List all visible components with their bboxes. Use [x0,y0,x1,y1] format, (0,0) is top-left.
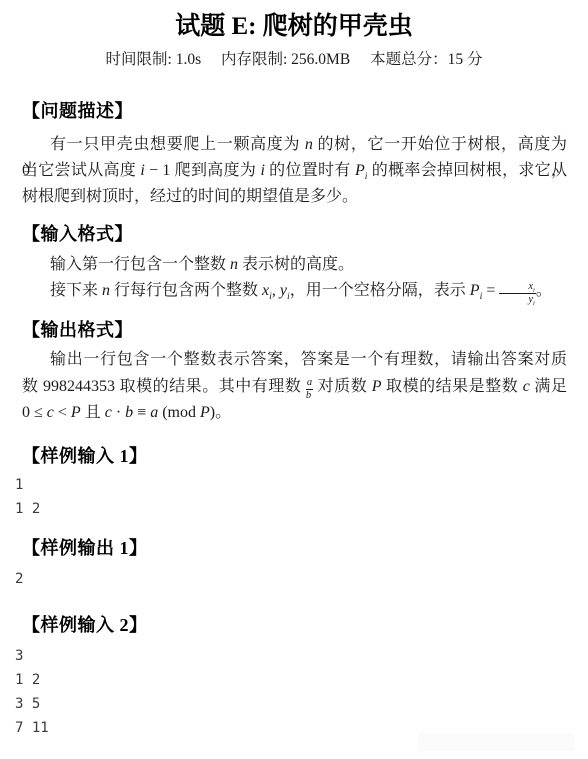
limits-row: 时间限制: 1.0s 内存限制: 256.0MB 本题总分：15 分 [0,49,588,71]
math-var: c [105,404,112,421]
math-fraction: xiyi [499,281,535,306]
math-fraction: ab [306,377,313,402]
output-format-line-3: 0 ≤ c < P 且 c · b ≡ a (mod P)。 [22,400,567,426]
math-var: P [372,378,382,395]
math-var: c [47,404,54,421]
code-line: 2 [15,567,23,591]
page-title: 试题 E: 爬树的甲壳虫 [0,11,588,43]
math-var: Pi [470,282,483,299]
math-var: i [140,162,144,179]
math-var: i [260,162,264,179]
math-var: a [307,377,312,388]
sample-input-2-code: 31 23 57 11 [15,644,49,740]
code-line: 1 2 [15,668,49,692]
input-format-line-2: 接下来 n 行每行包含两个整数 xi, yi，用一个空格分隔，表示 Pi = x… [22,278,567,306]
sample-output-1-code: 2 [15,567,23,591]
output-format-line-1: 输出一行包含一个整数表示答案，答案是一个有理数，请输出答案对质 [22,347,567,373]
math-var: a [150,404,158,421]
input-format-line-1: 输入第一行包含一个整数 n 表示树的高度。 [22,252,567,278]
code-line: 1 2 [15,497,40,521]
math-var: xi [528,281,534,292]
code-line: 3 [15,644,49,668]
math-var: P [71,404,81,421]
section-heading-output-format: 【输出格式】 [22,318,133,342]
math-var: n [305,136,313,153]
time-limit: 时间限制: 1.0s [106,51,202,68]
section-heading-input-format: 【输入格式】 [22,222,133,246]
section-heading-description: 【问题描述】 [22,99,133,123]
code-line: 3 5 [15,692,49,716]
math-var: yi [280,282,290,299]
math-var: c [523,378,530,395]
math-var: n [230,256,238,273]
document-page: 试题 E: 爬树的甲壳虫 时间限制: 1.0s 内存限制: 256.0MB 本题… [0,0,588,759]
description-line-3: 树根爬到树顶时，经过的时间的期望值是多少。 [22,184,567,210]
faint-highlight-box [418,733,575,751]
description-line-2: 当它尝试从高度 i − 1 爬到高度为 i 的位置时有 Pi 的概率会掉回树根，… [22,158,567,184]
output-format-line-2: 数 998244353 取模的结果。其中有理数 ab 对质数 P 取模的结果是整… [22,374,567,402]
math-var: Pi [355,162,368,179]
section-heading-sample-input-2: 【样例输入 2】 [22,613,148,637]
math-var: xi [262,282,272,299]
code-line: 7 11 [15,716,49,740]
memory-limit: 内存限制: 256.0MB [221,51,350,68]
sample-input-1-code: 11 2 [15,473,40,521]
math-var: yi [528,294,534,305]
math-var: P [200,404,210,421]
section-heading-sample-output-1: 【样例输出 1】 [22,536,148,560]
total-score: 本题总分：15 分 [370,51,482,68]
math-var: b [125,404,133,421]
section-heading-sample-input-1: 【样例输入 1】 [22,444,148,468]
code-line: 1 [15,473,40,497]
math-var: n [102,282,110,299]
